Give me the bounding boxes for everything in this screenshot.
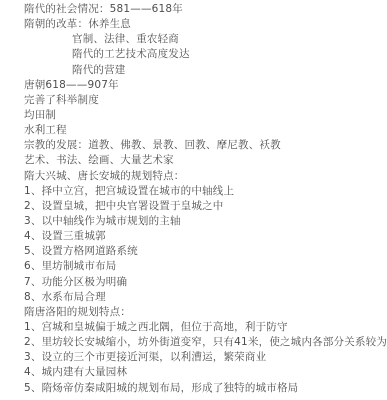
- text-line: 7、功能分区极为明确: [0, 275, 387, 290]
- text-line: 宗教的发展：道教、佛教、景教、回教、摩尼教、袄教: [0, 138, 387, 153]
- text-line: 2、设置皇城，把中央官署设置于皇城之中: [0, 199, 387, 214]
- text-line: 1、择中立宫，把宫城设置在城市的中轴线上: [0, 184, 387, 199]
- document-page: 隋代的社会情况：581——618年隋朝的改革：休养生息官制、法律、重农轻商隋代的…: [0, 0, 387, 400]
- text-line: 隋大兴城、唐长安城的规划特点：: [0, 169, 387, 184]
- text-line: 6、里坊制城市布局: [0, 259, 387, 274]
- text-line: 4、设置三重城郭: [0, 229, 387, 244]
- text-line: 5、隋炀帝仿秦咸阳城的规划布局，形成了独特的城市格局: [0, 381, 387, 396]
- text-line: 2、里坊较长安城缩小，坊外街道变窄，只有41米，使之城内各部分关系较为紧凑: [0, 335, 387, 350]
- text-line: 5、设置方格网道路系统: [0, 244, 387, 259]
- text-line: 隋唐洛阳的规划特点：: [0, 305, 387, 320]
- text-line: 隋代的营建: [0, 63, 387, 78]
- text-line: 艺术、书法、绘画、大量艺术家: [0, 153, 387, 168]
- text-line: 8、水系布局合理: [0, 290, 387, 305]
- text-line: 唐朝618——907年: [0, 78, 387, 93]
- text-line: 水利工程: [0, 123, 387, 138]
- text-line: 完善了科举制度: [0, 93, 387, 108]
- text-line: 3、设立的三个市更接近河渠，以利漕运，繁荣商业: [0, 350, 387, 365]
- text-line: 隋朝的改革：休养生息: [0, 17, 387, 32]
- text-line: 隋代的社会情况：581——618年: [0, 2, 387, 17]
- text-line: 均田制: [0, 108, 387, 123]
- text-line: 隋代的工艺技术高度发达: [0, 47, 387, 62]
- text-line: 官制、法律、重农轻商: [0, 32, 387, 47]
- text-line: 3、以中轴线作为城市规划的主轴: [0, 214, 387, 229]
- document-body: 隋代的社会情况：581——618年隋朝的改革：休养生息官制、法律、重农轻商隋代的…: [0, 2, 387, 396]
- text-line: 1、宫城和皇城偏于城之西北隅，但位于高地，利于防守: [0, 320, 387, 335]
- text-line: 4、城内建有大量园林: [0, 365, 387, 380]
